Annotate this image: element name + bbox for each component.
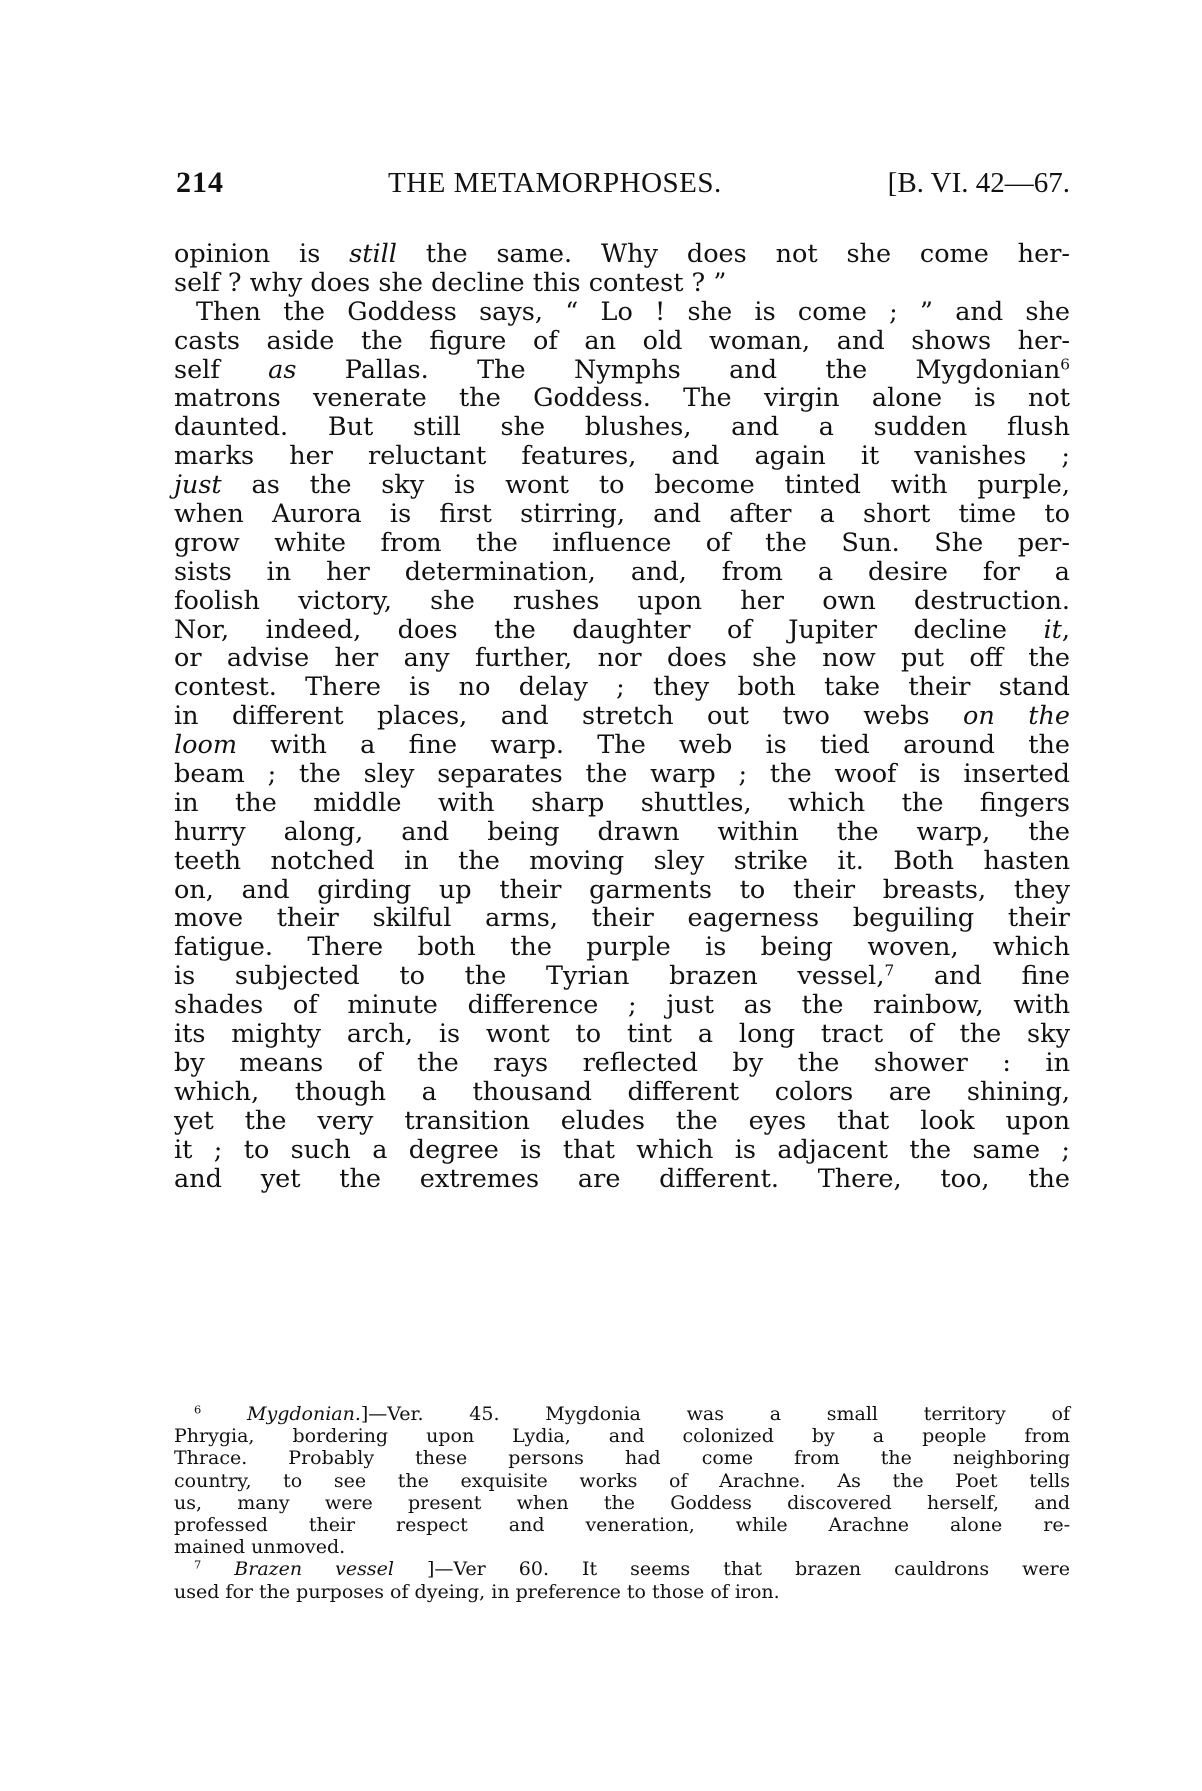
- footnotes: 6 Mygdonian.]—Ver. 45. Mygdonia was a sm…: [174, 1403, 1070, 1603]
- text-line: Then the Goddess says, “ Lo ! she is com…: [174, 298, 1070, 327]
- text-segment: Then the Goddess says, “ Lo ! she is com…: [196, 297, 1070, 327]
- text-line: grow white from the influence of the Sun…: [174, 529, 1070, 558]
- text-line: self as Pallas. The Nymphs and the Mygdo…: [174, 356, 1070, 385]
- text-line: move their skilful arms, their eagerness…: [174, 904, 1070, 933]
- text-line: shades of minute difference ; just as th…: [174, 991, 1070, 1020]
- text-segment: ]—Ver 60. It seems that brazen cauldrons…: [394, 1558, 1070, 1580]
- book-page: 214 THE METAMORPHOSES. [B. VI. 42—67. op…: [0, 0, 1202, 1791]
- text-segment: on, and girding up their garments to the…: [174, 875, 1070, 905]
- text-line: yet the very transition eludes the eyes …: [174, 1107, 1070, 1136]
- footnote-marker: 7: [884, 962, 894, 980]
- italic-text: it: [1043, 615, 1061, 645]
- text-segment: Pallas. The Nymphs and the Mygdonian: [296, 355, 1060, 385]
- text-line: and yet the extremes are different. Ther…: [174, 1165, 1070, 1194]
- text-segment: and yet the extremes are different. Ther…: [174, 1164, 1070, 1194]
- italic-text: still: [349, 239, 397, 269]
- text-segment: Thrace. Probably these persons had come …: [174, 1447, 1070, 1469]
- italic-text: as: [268, 355, 296, 385]
- text-segment: in the middle with sharp shuttles, which…: [174, 788, 1070, 818]
- text-line: it ; to such a degree is that which is a…: [174, 1136, 1070, 1165]
- text-segment: which, though a thousand different color…: [174, 1077, 1070, 1107]
- text-segment: shades of minute difference ; just as th…: [174, 990, 1070, 1020]
- text-segment: contest. There is no delay ; they both t…: [174, 672, 1070, 702]
- text-line: Nor, indeed, does the daughter of Jupite…: [174, 616, 1070, 645]
- text-segment: fatigue. There both the purple is being …: [174, 932, 1070, 962]
- text-segment: country, to see the exquisite works of A…: [174, 1470, 1070, 1492]
- text-segment: is subjected to the Tyrian brazen vessel…: [174, 961, 884, 991]
- text-segment: move their skilful arms, their eagerness…: [174, 903, 1070, 933]
- italic-text: Mygdonian.: [247, 1403, 361, 1425]
- text-segment: and fine: [894, 961, 1070, 991]
- text-segment: daunted. But still she blushes, and a su…: [174, 412, 1070, 442]
- text-line: hurry along, and being drawn within the …: [174, 818, 1070, 847]
- text-line: in different places, and stretch out two…: [174, 702, 1070, 731]
- italic-text: on the: [963, 701, 1070, 731]
- footnote-line: Phrygia, bordering upon Lydia, and colon…: [174, 1425, 1070, 1447]
- main-text: opinion is still the same. Why does not …: [174, 240, 1070, 1193]
- footnote-line: 6 Mygdonian.]—Ver. 45. Mygdonia was a sm…: [174, 1403, 1070, 1425]
- text-line: beam ; the sley separates the warp ; the…: [174, 760, 1070, 789]
- footnote-line: used for the purposes of dyeing, in pref…: [174, 1581, 1070, 1603]
- text-segment: opinion is: [174, 239, 349, 269]
- text-line: which, though a thousand different color…: [174, 1078, 1070, 1107]
- text-line: just as the sky is wont to become tinted…: [174, 471, 1070, 500]
- text-segment: Nor, indeed, does the daughter of Jupite…: [174, 615, 1043, 645]
- text-segment: beam ; the sley separates the warp ; the…: [174, 759, 1070, 789]
- text-segment: hurry along, and being drawn within the …: [174, 817, 1070, 847]
- text-segment: yet the very transition eludes the eyes …: [174, 1106, 1070, 1136]
- text-line: is subjected to the Tyrian brazen vessel…: [174, 962, 1070, 991]
- text-segment: ,: [1062, 615, 1070, 645]
- text-segment: ]—Ver. 45. Mygdonia was a small territor…: [361, 1403, 1070, 1425]
- text-segment: when Aurora is first stirring, and after…: [174, 499, 1070, 529]
- text-segment: used for the purposes of dyeing, in pref…: [174, 1581, 780, 1603]
- text-line: marks her reluctant features, and again …: [174, 442, 1070, 471]
- text-segment: or advise her any further, nor does she …: [174, 643, 1070, 673]
- page-number: 214: [176, 163, 224, 203]
- text-line: daunted. But still she blushes, and a su…: [174, 413, 1070, 442]
- text-segment: self: [174, 355, 268, 385]
- text-line: or advise her any further, nor does she …: [174, 644, 1070, 673]
- text-line: in the middle with sharp shuttles, which…: [174, 789, 1070, 818]
- text-segment: casts aside the figure of an old woman, …: [174, 326, 1070, 356]
- text-line: contest. There is no delay ; they both t…: [174, 673, 1070, 702]
- text-line: when Aurora is first stirring, and after…: [174, 500, 1070, 529]
- text-line: fatigue. There both the purple is being …: [174, 933, 1070, 962]
- text-segment: teeth notched in the moving sley strike …: [174, 846, 1070, 876]
- section-reference: [B. VI. 42—67.: [888, 163, 1070, 203]
- text-line: its mighty arch, is wont to tint a long …: [174, 1020, 1070, 1049]
- text-segment: the same. Why does not she come her-: [397, 239, 1070, 269]
- footnote-line: 7 Brazen vessel ]—Ver 60. It seems that …: [174, 1558, 1070, 1580]
- text-line: matrons venerate the Goddess. The virgin…: [174, 384, 1070, 413]
- text-segment: self ? why does she decline this contest…: [174, 268, 726, 298]
- text-line: opinion is still the same. Why does not …: [174, 240, 1070, 269]
- italic-text: just: [174, 470, 222, 500]
- text-line: teeth notched in the moving sley strike …: [174, 847, 1070, 876]
- text-segment: by means of the rays reflected by the sh…: [174, 1048, 1070, 1078]
- text-segment: Phrygia, bordering upon Lydia, and colon…: [174, 1425, 1070, 1447]
- text-segment: us, many were present when the Goddess d…: [174, 1492, 1070, 1514]
- text-segment: sists in her determination, and, from a …: [174, 557, 1070, 587]
- text-segment: matrons venerate the Goddess. The virgin…: [174, 383, 1070, 413]
- text-segment: marks her reluctant features, and again …: [174, 441, 1070, 471]
- text-segment: its mighty arch, is wont to tint a long …: [174, 1019, 1070, 1049]
- text-line: foolish victory, she rushes upon her own…: [174, 587, 1070, 616]
- book-title: THE METAMORPHOSES.: [388, 163, 722, 203]
- footnote-line: us, many were present when the Goddess d…: [174, 1492, 1070, 1514]
- footnote-line: professed their respect and veneration, …: [174, 1514, 1070, 1536]
- text-line: loom with a fine warp. The web is tied a…: [174, 731, 1070, 760]
- text-line: sists in her determination, and, from a …: [174, 558, 1070, 587]
- footnote-marker: 6: [1060, 355, 1070, 373]
- italic-text: Brazen vessel: [234, 1558, 394, 1580]
- text-line: on, and girding up their garments to the…: [174, 876, 1070, 905]
- text-segment: in different places, and stretch out two…: [174, 701, 963, 731]
- text-segment: with a fine warp. The web is tied around…: [237, 730, 1070, 760]
- footnote-line: Thrace. Probably these persons had come …: [174, 1447, 1070, 1469]
- footnote-line: country, to see the exquisite works of A…: [174, 1470, 1070, 1492]
- text-segment: as the sky is wont to become tinted with…: [222, 470, 1070, 500]
- text-segment: it ; to such a degree is that which is a…: [174, 1135, 1070, 1165]
- text-line: self ? why does she decline this contest…: [174, 269, 1070, 298]
- text-segment: foolish victory, she rushes upon her own…: [174, 586, 1070, 616]
- text-line: by means of the rays reflected by the sh…: [174, 1049, 1070, 1078]
- text-segment: professed their respect and veneration, …: [174, 1514, 1070, 1536]
- footnote-line: mained unmoved.: [174, 1536, 1070, 1558]
- italic-text: loom: [174, 730, 237, 760]
- text-segment: [201, 1558, 234, 1580]
- text-segment: [201, 1403, 247, 1425]
- running-head: 214 THE METAMORPHOSES. [B. VI. 42—67.: [174, 163, 1070, 203]
- text-segment: mained unmoved.: [174, 1536, 345, 1558]
- text-segment: grow white from the influence of the Sun…: [174, 528, 1070, 558]
- text-line: casts aside the figure of an old woman, …: [174, 327, 1070, 356]
